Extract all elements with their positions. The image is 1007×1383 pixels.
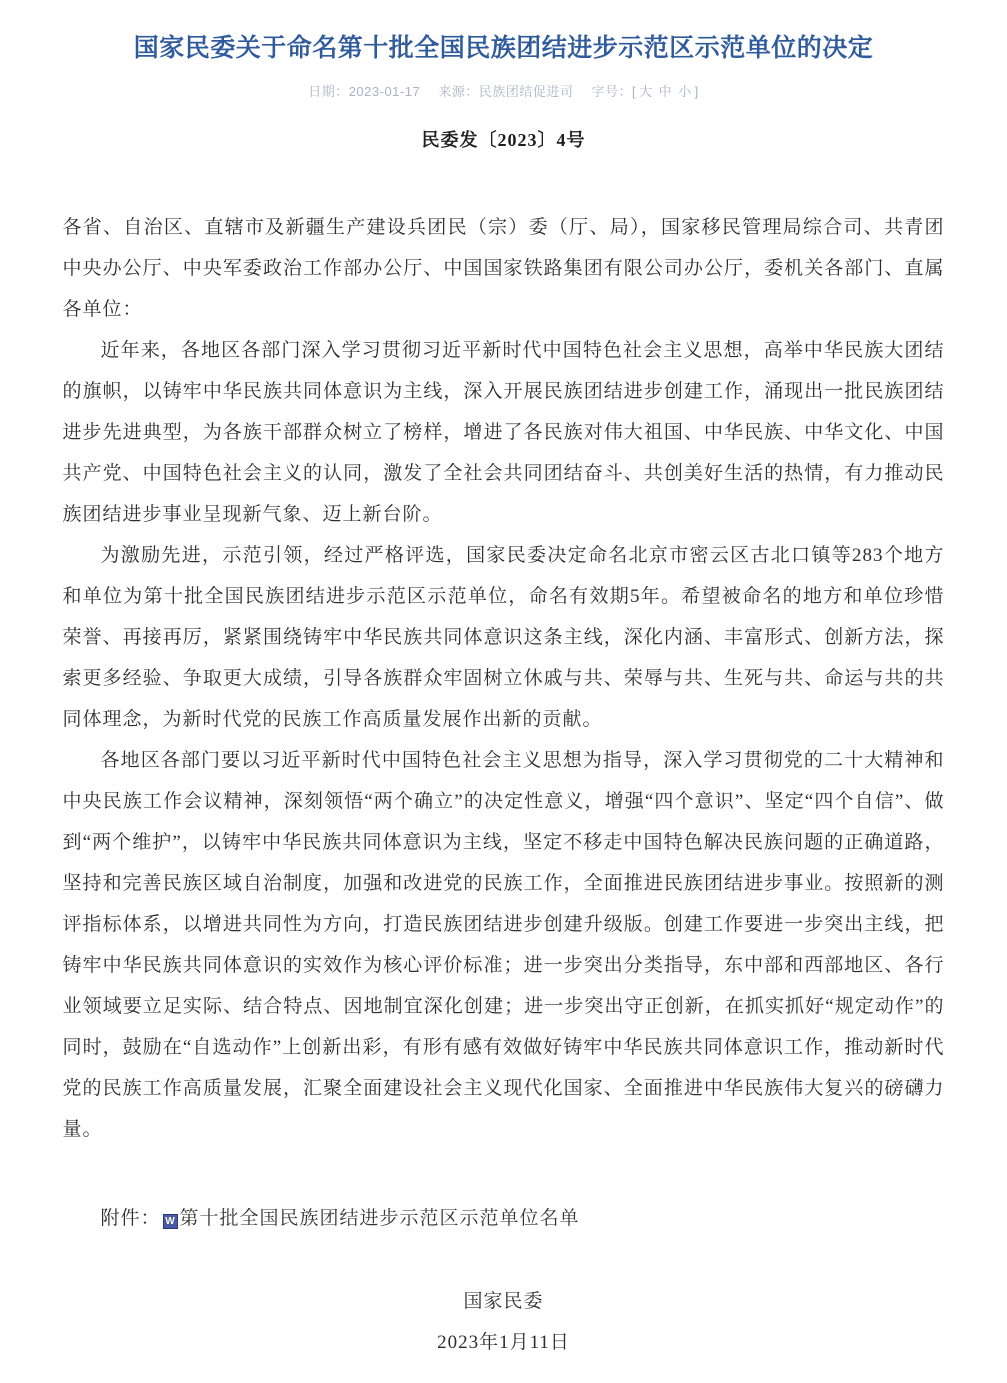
meta-fontsize-label: 字号：	[591, 84, 632, 99]
attachment-link-text: 第十批全国民族团结进步示范区示范单位名单	[180, 1208, 580, 1229]
meta-source-value: 民族团结促进司	[479, 84, 574, 99]
attachment-link[interactable]: W第十批全国民族团结进步示范区示范单位名单	[161, 1208, 580, 1229]
fontsize-bracket-close: ]	[695, 84, 699, 99]
fontsize-option-medium[interactable]: 中	[659, 84, 673, 99]
attachment-line: 附件：W第十批全国民族团结进步示范区示范单位名单	[63, 1198, 945, 1239]
meta-date-value: 2023-01-17	[349, 84, 421, 99]
attachment-label: 附件：	[101, 1208, 161, 1229]
meta-bar: 日期：2023-01-17 来源：民族团结促进司 字号：[大中小]	[63, 81, 945, 100]
paragraph-addressee: 各省、自治区、直辖市及新疆生产建设兵团民（宗）委（厅、局），国家移民管理局综合司…	[63, 207, 945, 330]
fontsize-option-large[interactable]: 大	[639, 84, 653, 99]
meta-date: 日期：2023-01-17	[308, 84, 420, 99]
meta-fontsize: 字号：[大中小]	[591, 84, 698, 99]
meta-source: 来源：民族团结促进司	[438, 84, 573, 99]
paragraph: 为激励先进，示范引领，经过严格评选，国家民委决定命名北京市密云区古北口镇等283…	[63, 535, 945, 740]
paragraph: 近年来，各地区各部门深入学习贯彻习近平新时代中国特色社会主义思想，高举中华民族大…	[63, 330, 945, 535]
document-page: 国家民委关于命名第十批全国民族团结进步示范区示范单位的决定 日期：2023-01…	[0, 0, 1007, 1383]
fontsize-option-small[interactable]: 小	[678, 84, 692, 99]
meta-source-label: 来源：	[438, 84, 479, 99]
paragraph: 各地区各部门要以习近平新时代中国特色社会主义思想为指导，深入学习贯彻党的二十大精…	[63, 740, 945, 1150]
signature-date: 2023年1月11日	[63, 1322, 945, 1383]
document-body: 各省、自治区、直辖市及新疆生产建设兵团民（宗）委（厅、局），国家移民管理局综合司…	[63, 207, 945, 1150]
document-content: 国家民委关于命名第十批全国民族团结进步示范区示范单位的决定 日期：2023-01…	[63, 17, 945, 1383]
page-title: 国家民委关于命名第十批全国民族团结进步示范区示范单位的决定	[63, 17, 945, 65]
fontsize-bracket-open: [	[632, 84, 636, 99]
signature: 国家民委	[63, 1281, 945, 1322]
meta-date-label: 日期：	[308, 84, 349, 99]
document-number: 民委发〔2023〕4号	[63, 126, 945, 152]
word-doc-icon: W	[163, 1214, 178, 1229]
